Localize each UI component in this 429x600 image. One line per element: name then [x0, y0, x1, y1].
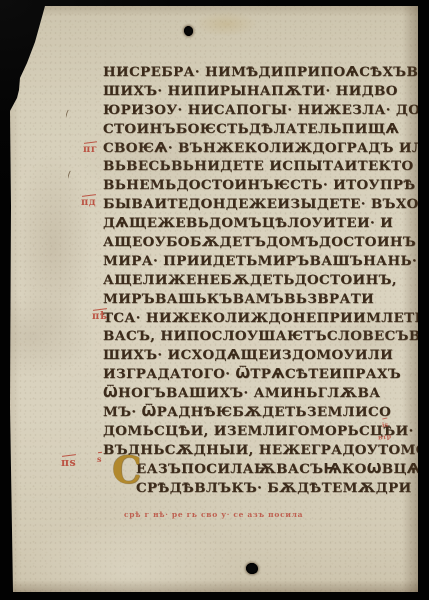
photo-backdrop: НИСРЕБРА· НИМѢДИПРИПОѦСѢХЪВА ШИХЪ· НИПИР…: [0, 0, 429, 600]
margin-number-label: пѣ: [92, 312, 107, 322]
text-line: МИРА· ПРИИДЕТЬМИРЪВАШЪНАНЬ·: [103, 252, 410, 271]
margin-note-right: іѕ: [382, 421, 389, 430]
margin-number-84: пд: [81, 198, 96, 208]
text-line: БЫВАИТЕДОНДЕЖЕИЗЫДЕТЕ· ВЪХО: [103, 195, 410, 214]
zachalo-label: ѕ: [97, 455, 102, 463]
liturgical-rubric: срѣ г нѣ· ре гь сво у· се азъ посила: [124, 510, 303, 519]
margin-number-83: пг: [83, 145, 97, 155]
text-block: НИСРЕБРА· НИМѢДИПРИПОѦСѢХЪВА ШИХЪ· НИПИР…: [103, 63, 410, 497]
text-line: ИЗГРАДАТОГО· ѾТРѦСѢТЕИПРАХЪ: [103, 365, 410, 384]
text-line: ЕАЗЪПОСИЛАѬВАСЪѨКОѠВЦѦПО: [103, 460, 410, 479]
text-line: СТОИНЪБОѤСТЬДѢЛАТЕЛЬПИЩѦ: [103, 120, 410, 139]
margin-number-label: пѕ: [61, 458, 76, 468]
text-line: СВОѤѦ· ВЪНЖЕКОЛИЖДОГРАДЪ ИЛИ: [103, 139, 410, 158]
text-line: ТСА· НИЖЕКОЛИЖДОНЕПРИИМЛЕТЬ: [103, 309, 410, 328]
margin-number-label: пд: [81, 198, 96, 208]
text-line: ШИХЪ· НИПИРЫНАПѪТИ· НИДВО: [103, 82, 410, 101]
text-line: НИСРЕБРА· НИМѢДИПРИПОѦСѢХЪВА: [103, 63, 410, 82]
text-line: ВАСЪ, НИПОСЛОУШАѤТЪСЛОВЕСЪВА: [103, 327, 410, 346]
text-line: АЩЕОУБОБѪДЕТЪДОМЪДОСТОИНЪ: [103, 233, 410, 252]
margin-note-right: втр: [378, 432, 392, 441]
parchment-hole-top: [183, 25, 194, 37]
margin-note-line: втр: [378, 432, 392, 441]
pen-mark: [67, 171, 74, 180]
text-line: ВЬНЕМЬДОСТОИНЪѤСТЬ· ИТОУПРѢ: [103, 176, 410, 195]
text-line: МИРЪВАШЬКЪВАМЪВЬЗВРАТИ: [103, 290, 410, 309]
initial-letter: С: [112, 450, 141, 490]
text-line: ШИХЪ· ИСХОДѦЩЕИЗДОМОУИЛИ: [103, 346, 410, 365]
text-line: МЪ· ѾРАДНѢѤБѪДЕТЬЗЕМЛИСО: [103, 403, 410, 422]
text-line: ѾНОГЪВАШИХЪ· АМИНЬГЛѪВА: [103, 384, 410, 403]
pen-mark: [65, 110, 72, 119]
text-line: СРѢДѢВЛЪКЪ· БѪДѢТЕМѪДРИ: [103, 479, 410, 498]
zachalo-mark: ѕ: [97, 455, 102, 463]
text-line: ДѦЩЕЖЕВЬДОМЪЦѢЛОУИТЕИ· И: [103, 214, 410, 233]
margin-number-86: пѕ: [61, 458, 76, 468]
margin-number-label: пг: [83, 145, 97, 155]
text-line: ЮРИЗОУ· НИСАПОГЫ· НИЖЕЗЛА· ДО: [103, 101, 410, 120]
parchment-hole-bottom: [245, 562, 259, 576]
margin-number-85: пѣ: [92, 312, 107, 322]
margin-note-line: іѕ: [382, 421, 389, 430]
text-line: ДОМЬСЦѢИ, ИЗЕМЛИГОМОРЬСЦѢИ·: [103, 422, 410, 441]
text-line: ВЪДНЬСѪДНЫИ, НЕЖЕГРАДОУТОМОУ: [103, 441, 410, 460]
text-line: ВЬВЕСЬВЬНИДЕТЕ ИСПЫТАИТЕКТО: [103, 157, 410, 176]
text-line: АЩЕЛИЖЕНЕБѪДЕТЬДОСТОИНЪ,: [103, 271, 410, 290]
manuscript-page: НИСРЕБРА· НИМѢДИПРИПОѦСѢХЪВА ШИХЪ· НИПИР…: [8, 6, 418, 592]
